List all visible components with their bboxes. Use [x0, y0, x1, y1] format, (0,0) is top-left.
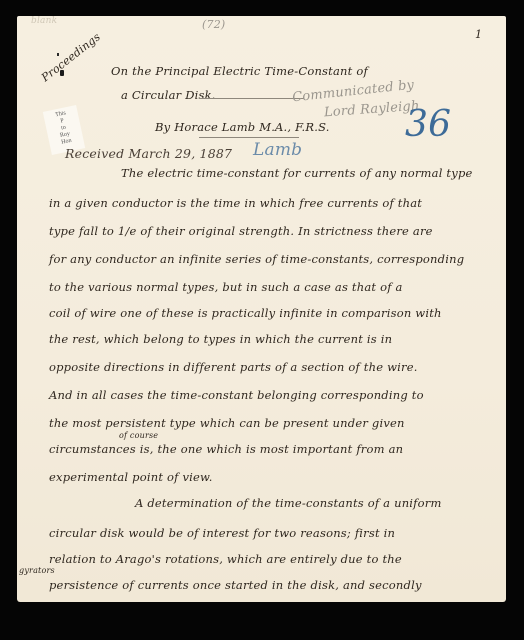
- body-line: relation to Arago's rotations, which are…: [49, 552, 402, 566]
- body-line: for any conductor an infinite series of …: [49, 252, 464, 266]
- body-line: opposite directions in different parts o…: [49, 360, 418, 374]
- body-line: A determination of the time-constants of…: [135, 496, 442, 510]
- catalog-number: 36: [405, 104, 451, 145]
- body-line: experimental point of view.: [49, 470, 213, 484]
- manuscript-page: blank (72) 1 Proceedings This P to Roy H…: [17, 16, 506, 602]
- margin-note: Proceedings: [39, 30, 103, 84]
- folio-mark: (72): [202, 18, 225, 31]
- interlinear-insert: gyrators: [19, 566, 55, 575]
- body-line: the rest, which belong to types in which…: [49, 332, 392, 346]
- author-rule: [199, 137, 299, 138]
- body-line: The electric time-constant for currents …: [121, 166, 473, 180]
- author-line: By Horace Lamb M.A., F.R.S.: [155, 120, 330, 134]
- body-line: in a given conductor is the time in whic…: [49, 196, 422, 210]
- body-line: the most persistent type which can be pr…: [49, 416, 405, 430]
- interlinear-insert: of course: [119, 431, 158, 440]
- received-date: Received March 29, 1887: [65, 146, 232, 161]
- title-line-2: a Circular Disk.: [121, 88, 216, 102]
- corner-pencil-note: blank: [31, 16, 57, 26]
- body-line: coil of wire one of these is practically…: [49, 306, 442, 320]
- title-line-1: On the Principal Electric Time-Constant …: [111, 64, 368, 78]
- ink-mark: [57, 53, 59, 56]
- body-line: circumstances is, the one which is most …: [49, 442, 403, 456]
- page-number: 1: [475, 28, 482, 41]
- blue-signature: Lamb: [253, 140, 302, 160]
- title-rule: [199, 98, 304, 99]
- body-line: And in all cases the time-constant belon…: [49, 388, 424, 402]
- body-line: to the various normal types, but in such…: [49, 280, 403, 294]
- body-line: circular disk would be of interest for t…: [49, 526, 395, 540]
- body-line: type fall to 1/e of their original stren…: [49, 224, 433, 238]
- body-line: persistence of currents once started in …: [49, 578, 422, 592]
